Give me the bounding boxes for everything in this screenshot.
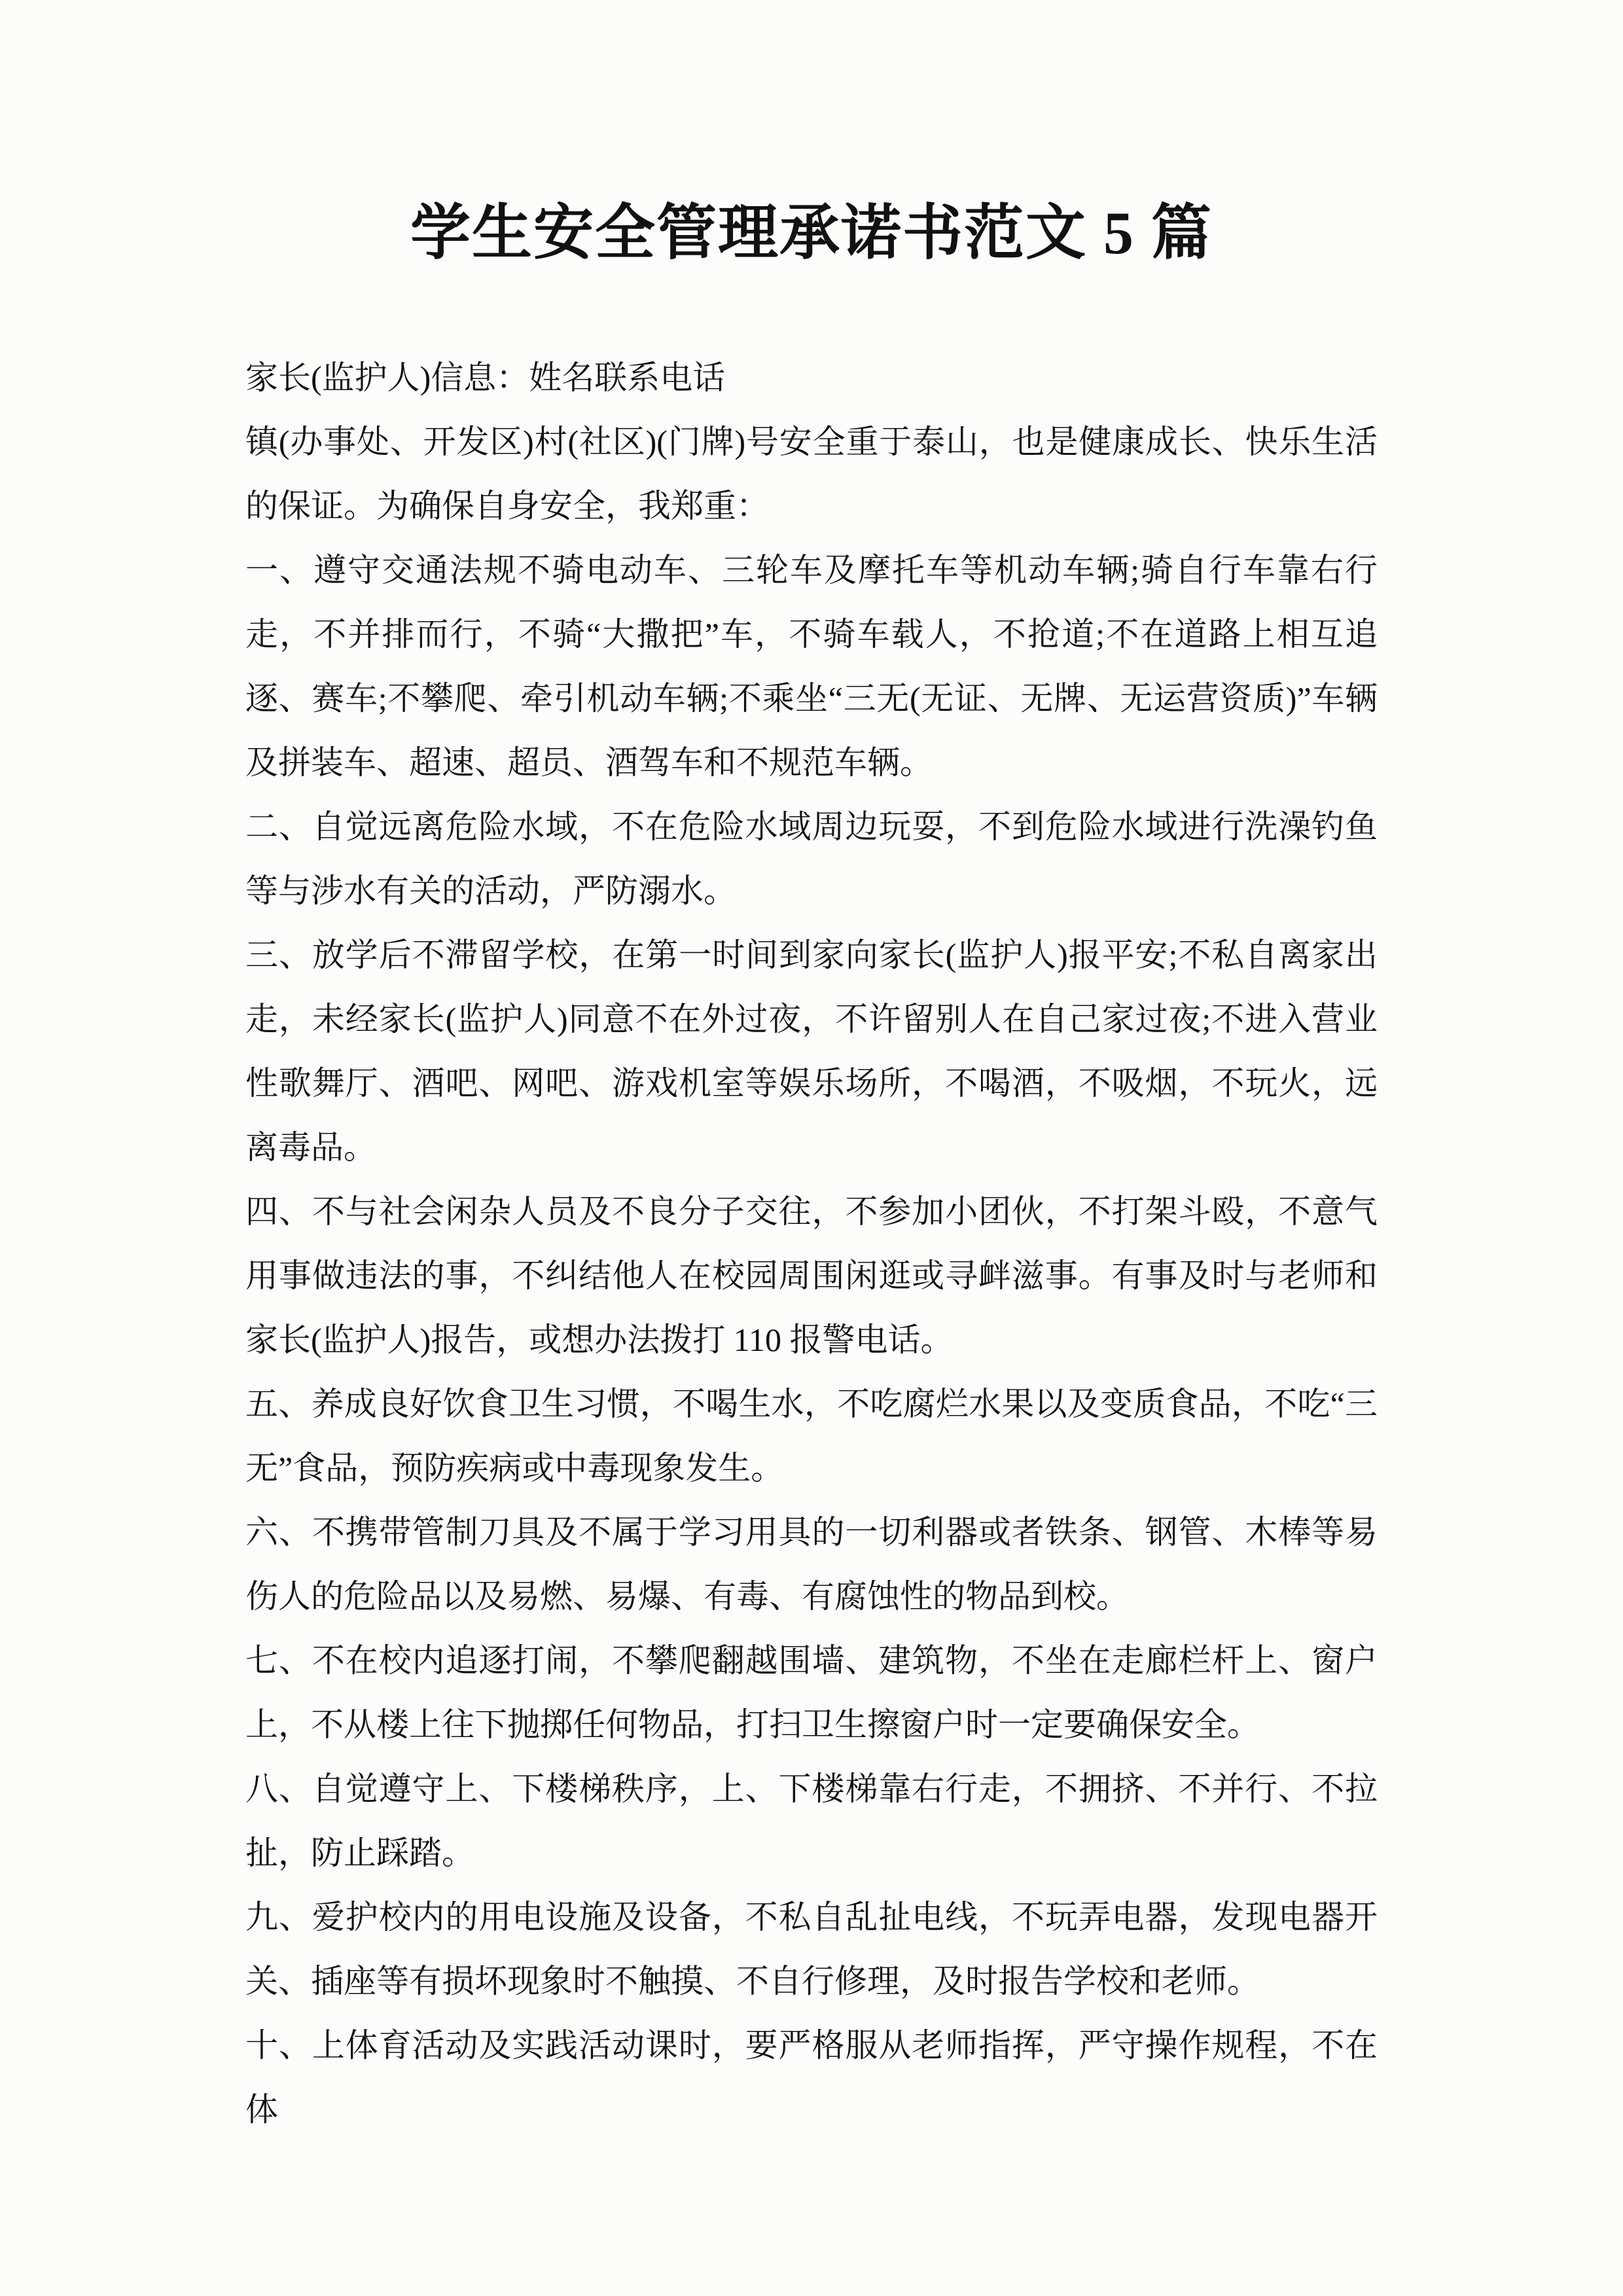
paragraph-item-6-weapons: 六、不携带管制刀具及不属于学习用具的一切利器或者铁条、钢管、木棒等易伤人的危险品… <box>245 1500 1378 1628</box>
paragraph-item-8-stairs: 八、自觉遵守上、下楼梯秩序，上、下楼梯靠右行走，不拥挤、不并行、不拉扯，防止踩踏… <box>245 1757 1378 1885</box>
paragraph-item-10-sports: 十、上体育活动及实践活动课时，要严格服从老师指挥，严守操作规程，不在体 <box>245 2013 1378 2142</box>
paragraph-item-4-conduct: 四、不与社会闲杂人员及不良分子交往，不参加小团伙，不打架斗殴，不意气用事做违法的… <box>245 1179 1378 1372</box>
paragraph-item-9-electric: 九、爱护校内的用电设施及设备，不私自乱扯电线，不玩弄电器，发现电器开关、插座等有… <box>245 1885 1378 2013</box>
paragraph-item-5-food: 五、养成良好饮食卫生习惯，不喝生水，不吃腐烂水果以及变质食品，不吃“三无”食品，… <box>245 1372 1378 1500</box>
paragraph-item-7-campus: 七、不在校内追逐打闹，不攀爬翻越围墙、建筑物，不坐在走廊栏杆上、窗户上，不从楼上… <box>245 1628 1378 1757</box>
paragraph-item-2-water: 二、自觉远离危险水域，不在危险水域周边玩耍，不到危险水域进行洗澡钓鱼等与涉水有关… <box>245 795 1378 923</box>
document-content: 学生安全管理承诺书范文 5 篇 家长(监护人)信息：姓名联系电话 镇(办事处、开… <box>245 0 1378 2142</box>
document-page: 学生安全管理承诺书范文 5 篇 家长(监护人)信息：姓名联系电话 镇(办事处、开… <box>0 0 1623 2296</box>
document-body: 家长(监护人)信息：姓名联系电话 镇(办事处、开发区)村(社区)(门牌)号安全重… <box>245 346 1378 2142</box>
paragraph-item-1-traffic: 一、遵守交通法规不骑电动车、三轮车及摩托车等机动车辆;骑自行车靠右行走，不并排而… <box>245 538 1378 795</box>
page-title: 学生安全管理承诺书范文 5 篇 <box>245 202 1378 264</box>
paragraph-intro: 镇(办事处、开发区)村(社区)(门牌)号安全重于泰山，也是健康成长、快乐生活的保… <box>245 410 1378 538</box>
paragraph-parent-info: 家长(监护人)信息：姓名联系电话 <box>245 346 1378 410</box>
paragraph-item-3-afterschool: 三、放学后不滞留学校，在第一时间到家向家长(监护人)报平安;不私自离家出走，未经… <box>245 923 1378 1179</box>
